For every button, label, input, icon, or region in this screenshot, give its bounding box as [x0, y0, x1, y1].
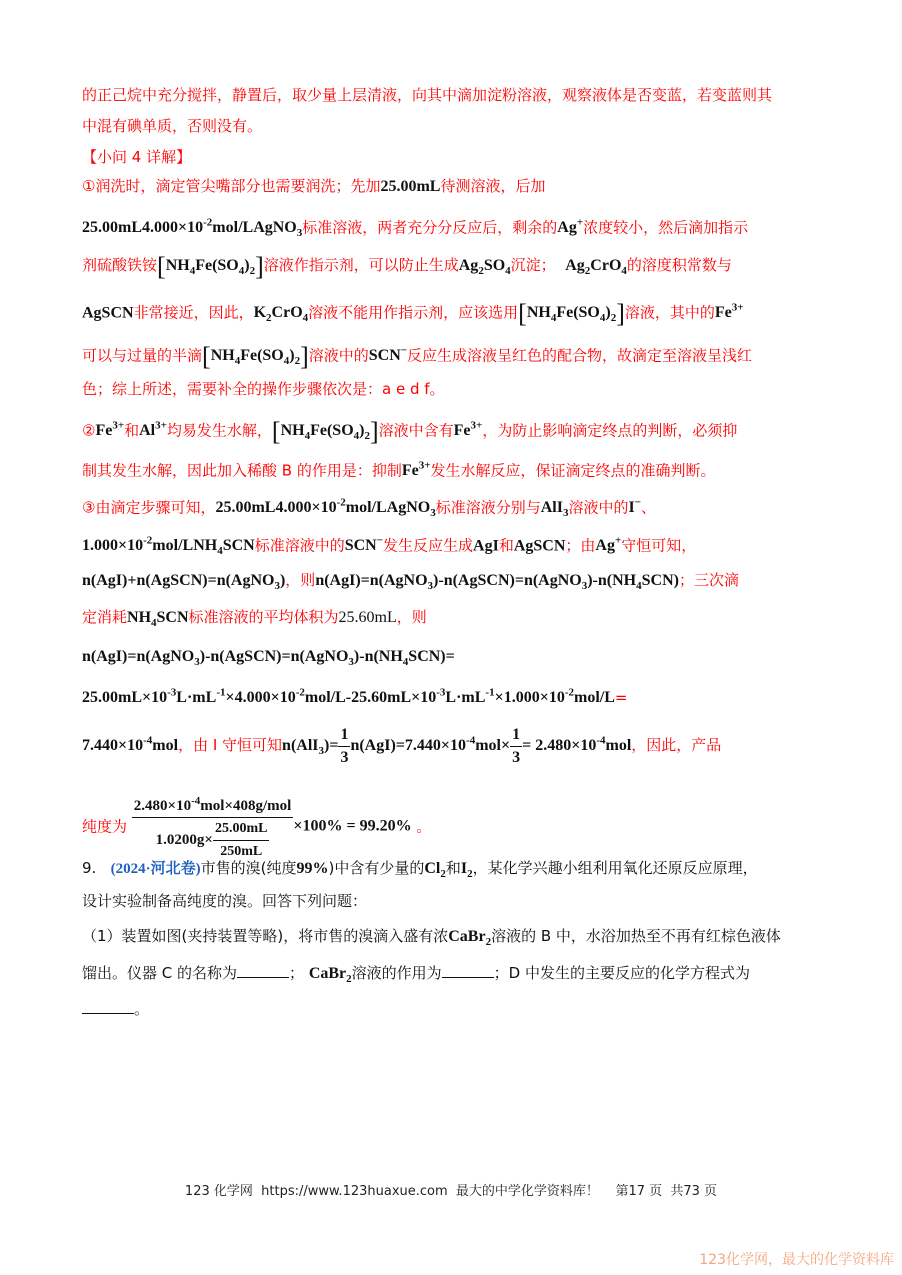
watermark: 123化学网，最大的化学资料库	[699, 1249, 894, 1269]
text-line: 制其发生水解，因此加入稀酸 B 的作用是：抑制Fe3+发生水解反应，保证滴定终点…	[82, 455, 716, 482]
text-line: 定消耗NH4SCN标准溶液的平均体积为25.60mL，则	[82, 606, 427, 634]
complex-ion-formula: [NH4Fe(SO4)2]	[518, 304, 625, 321]
equation-line: 7.440×10-4mol，由 I 守恒可知n(AlI3)=13n(AgI)=7…	[82, 724, 721, 769]
complex-ion-formula: [NH4Fe(SO4)2]	[202, 347, 309, 364]
text-line: 1.000×10-2mol/LNH4SCN标准溶液中的SCN−发生反应生成AgI…	[82, 530, 696, 563]
document-page: 的正己烷中充分搅拌，静置后，取少量上层清液，向其中滴加淀粉溶液，观察液体是否变蓝…	[0, 0, 902, 1275]
text-line: 。	[82, 998, 149, 1020]
text-line: AgSCN非常接近，因此，K2CrO4溶液不能用作指示剂，应该选用[NH4Fe(…	[82, 297, 744, 330]
text-line: 的正己烷中充分搅拌，静置后，取少量上层清液，向其中滴加淀粉溶液，观察液体是否变蓝…	[82, 84, 772, 106]
answer-blank[interactable]	[442, 963, 494, 978]
text-line: ①润洗时，滴定管尖嘴部分也需要润洗；先加25.00mL待测溶液，后加	[82, 175, 545, 198]
text-line: ③由滴定步骤可知，25.00mL4.000×10-2mol/LAgNO3标准溶液…	[82, 492, 656, 525]
text-line: 中混有碘单质，否则没有。	[82, 115, 262, 137]
text-line: 色；综上所述，需要补全的操作步骤依次是：a e d f。	[82, 378, 445, 400]
purity-equation: 纯度为 2.480×10-4mol×408g/mol 1.0200g×25.00…	[82, 790, 431, 863]
text-line: 剂硫酸铁铵[NH4Fe(SO4)2]溶液作指示剂，可以防止生成Ag2SO4沉淀；…	[82, 254, 732, 282]
text-line: 25.00mL4.000×10-2mol/LAgNO3标准溶液，两者充分分反应后…	[82, 212, 748, 245]
equation-line: 25.00mL×10-3L·mL-1×4.000×10-2mol/L-25.60…	[82, 682, 627, 709]
source-tag[interactable]: (2024·河北卷)	[111, 861, 201, 877]
question-9-line: 9. (2024·河北卷)市售的溴(纯度99%)中含有少量的Cl2和I2，某化学…	[82, 857, 758, 885]
answer-blank[interactable]	[237, 963, 289, 978]
text-line: 设计实验制备高纯度的溴。回答下列问题：	[82, 890, 367, 912]
complex-ion-formula: [NH4Fe(SO4)2]	[272, 422, 379, 439]
page-footer: 123 化学网 https://www.123huaxue.com 最大的中学化…	[0, 1180, 902, 1199]
text-line: 可以与过量的半滴[NH4Fe(SO4)2]溶液中的SCN−反应生成溶液呈红色的配…	[82, 340, 752, 373]
answer-blank[interactable]	[82, 999, 134, 1014]
text-line: ②Fe3+和Al3+均易发生水解，[NH4Fe(SO4)2]溶液中含有Fe3+，…	[82, 415, 737, 448]
text-line: n(AgI)+n(AgSCN)=n(AgNO3)，则n(AgI)=n(AgNO3…	[82, 569, 739, 597]
section-heading: 【小问 4 详解】	[82, 146, 191, 168]
complex-ion-formula: [NH4Fe(SO4)2]	[157, 257, 264, 274]
text-line: （1）装置如图(夹持装置等略)，将市售的溴滴入盛有浓CaBr2溶液的 B 中，水…	[82, 925, 781, 953]
text-line: 馏出。仪器 C 的名称为； CaBr2溶液的作用为；D 中发生的主要反应的化学方…	[82, 962, 750, 990]
equation-line: n(AgI)=n(AgNO3)-n(AgSCN)=n(AgNO3)-n(NH4S…	[82, 645, 455, 673]
